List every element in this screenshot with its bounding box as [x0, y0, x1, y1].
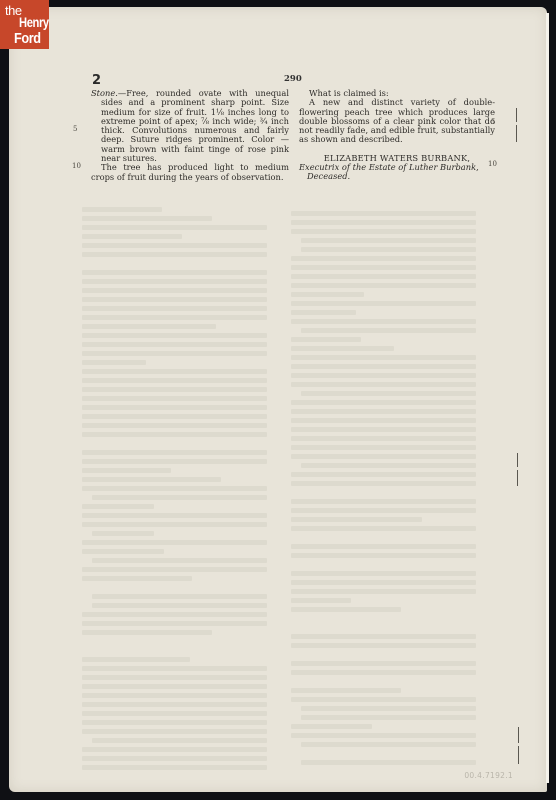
line-number: 10	[72, 162, 81, 170]
tree-description: The tree has produced light to medium cr…	[91, 163, 289, 182]
claim-text: A new and distinct variety of double-flo…	[299, 98, 495, 144]
margin-bracket-mark	[518, 746, 519, 764]
stone-text: —Free, rounded ovate with unequal sides …	[101, 88, 289, 163]
right-column: What is claimed is: A new and distinct v…	[299, 89, 495, 182]
left-column: Stone.—Free, rounded ovate with unequal …	[91, 89, 289, 182]
line-number: 10	[488, 160, 497, 168]
margin-bracket-mark	[518, 727, 519, 743]
line-number: 5	[73, 125, 77, 133]
margin-bracket-mark	[516, 108, 517, 122]
margin-bracket-mark	[517, 470, 518, 486]
henry-ford-logo: the Henry Ford	[0, 0, 49, 49]
signature-status: Deceased.	[299, 172, 495, 181]
logo-text-henry: Henry	[19, 14, 49, 30]
line-number: 5	[491, 118, 495, 126]
document-page: 2 290 Stone.—Free, rounded ovate with un…	[9, 7, 547, 792]
page-number: 2	[92, 73, 101, 88]
logo-text-ford: Ford	[14, 30, 41, 47]
margin-bracket-mark	[517, 453, 518, 467]
stone-description: Stone.—Free, rounded ovate with unequal …	[91, 89, 289, 163]
patent-number: 290	[284, 74, 302, 84]
catalog-number: 00.4.7192.1	[464, 771, 513, 780]
margin-bracket-mark	[516, 125, 517, 142]
